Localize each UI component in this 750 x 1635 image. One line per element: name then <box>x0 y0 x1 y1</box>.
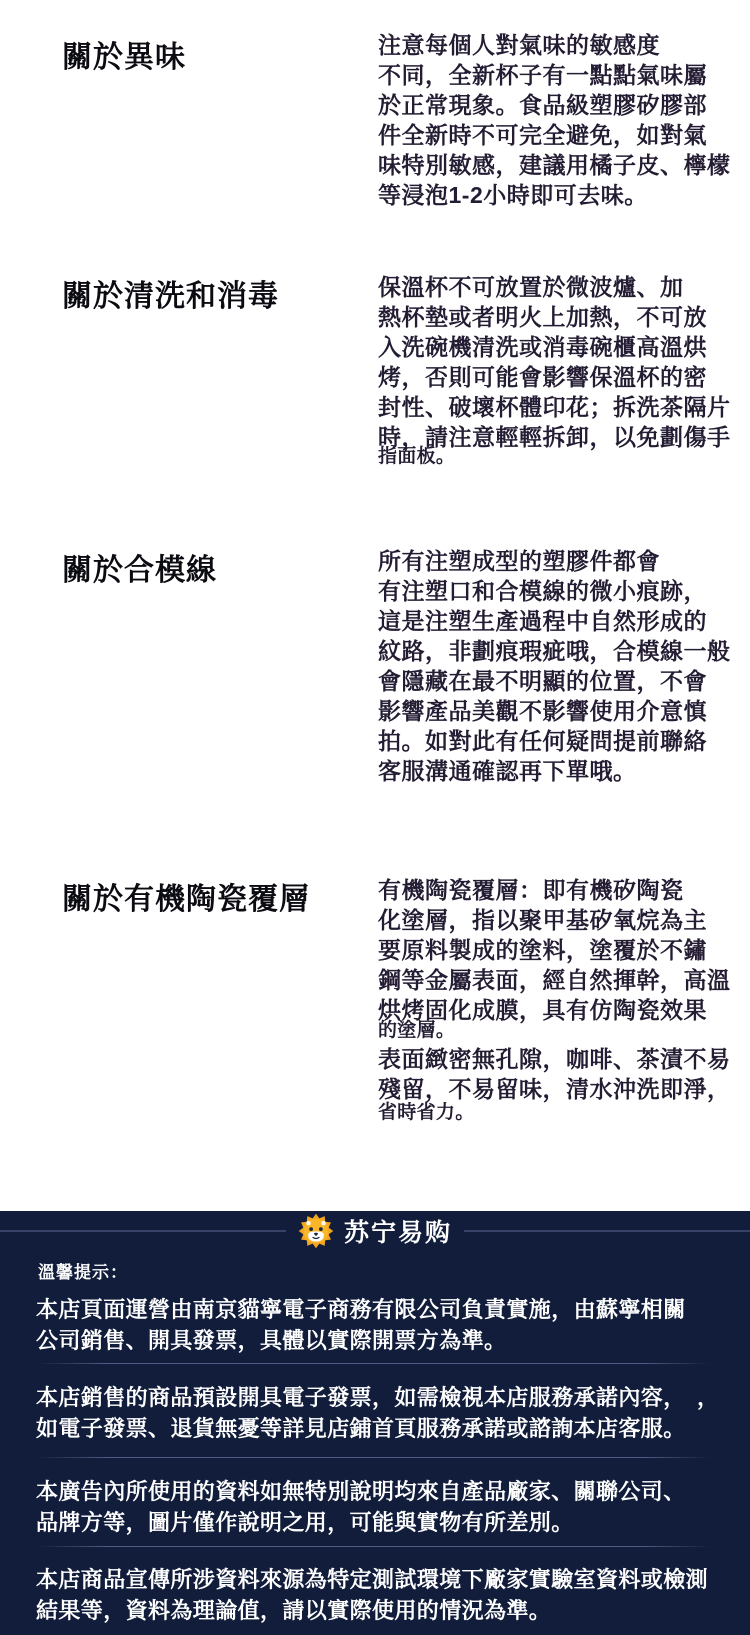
section-heading-mold-line: 關於合模線 <box>62 545 217 589</box>
footer-divider-3 <box>38 1546 712 1547</box>
suning-lion-icon <box>298 1213 334 1249</box>
footer-divider-2 <box>38 1457 712 1458</box>
section-heading-ceramic-coating: 關於有機陶瓷覆層 <box>62 874 310 918</box>
footer-paragraph-invoice: 本店銷售的商品預設開具電子發票，如需檢視本店服務承諾內容， ， 如電子發票、退貨… <box>36 1382 736 1444</box>
footer-divider-1 <box>38 1363 712 1364</box>
footer-paragraph-test-data: 本店商品宣傳所涉資料來源為特定測試環境下廠家實驗室資料或檢測 結果等，資料為理論… <box>36 1564 736 1626</box>
store-disclaimer-footer: 苏宁易购 溫馨提示： 本店頁面運營由南京貓寧電子商務有限公司負責實施，由蘇寧相關… <box>0 1211 750 1635</box>
footer-paragraph-materials: 本廣告內所使用的資料如無特別說明均來自產品廠家、關聯公司、 品牌方等，圖片僅作說… <box>36 1476 736 1538</box>
section-text-mold-line: 所有注塑成型的塑膠件都會 有注塑口和合模線的微小痕跡， 這是注塑生產過程中自然形… <box>378 546 731 786</box>
section-text-ceramic-coating: 有機陶瓷覆層：即有機矽陶瓷 化塗層，指以聚甲基矽氧烷為主 要原料製成的塗料，塗覆… <box>378 875 731 1025</box>
brand-divider-left <box>0 1230 286 1232</box>
footer-paragraph-operation: 本店頁面運營由南京貓寧電子商務有限公司負責實施，由蘇寧相關 公司銷售、開具發票，… <box>36 1294 736 1356</box>
section-text-odor: 注意每個人對氣味的敏感度 不同，全新杯子有一點點氣味屬 於正常現象。食品級塑膠矽… <box>378 30 731 210</box>
section-note-ceramic-coating: 的塗層。 <box>378 1018 455 1044</box>
tip-label: 溫馨提示： <box>38 1258 128 1283</box>
suning-logo: 苏宁易购 <box>298 1213 452 1249</box>
suning-brand-name: 苏宁易购 <box>344 1213 452 1249</box>
suning-brand-row: 苏宁易购 <box>0 1213 750 1249</box>
section-heading-odor: 關於異味 <box>62 32 186 76</box>
section-text2-ceramic-coating: 表面緻密無孔隙，咖啡、茶漬不易 殘留，不易留味，清水沖洗即淨， <box>378 1044 731 1104</box>
section-heading-cleaning: 關於清洗和消毒 <box>62 271 279 315</box>
section-note-cleaning: 指面板。 <box>378 444 455 470</box>
section-note2-ceramic-coating: 省時省力。 <box>378 1100 475 1126</box>
section-text-cleaning: 保溫杯不可放置於微波爐、加 熱杯墊或者明火上加熱，不可放 入洗碗機清洗或消毒碗櫃… <box>378 272 731 452</box>
brand-divider-right <box>464 1230 750 1232</box>
product-detail-page: 關於異味 注意每個人對氣味的敏感度 不同，全新杯子有一點點氣味屬 於正常現象。食… <box>0 0 750 1635</box>
